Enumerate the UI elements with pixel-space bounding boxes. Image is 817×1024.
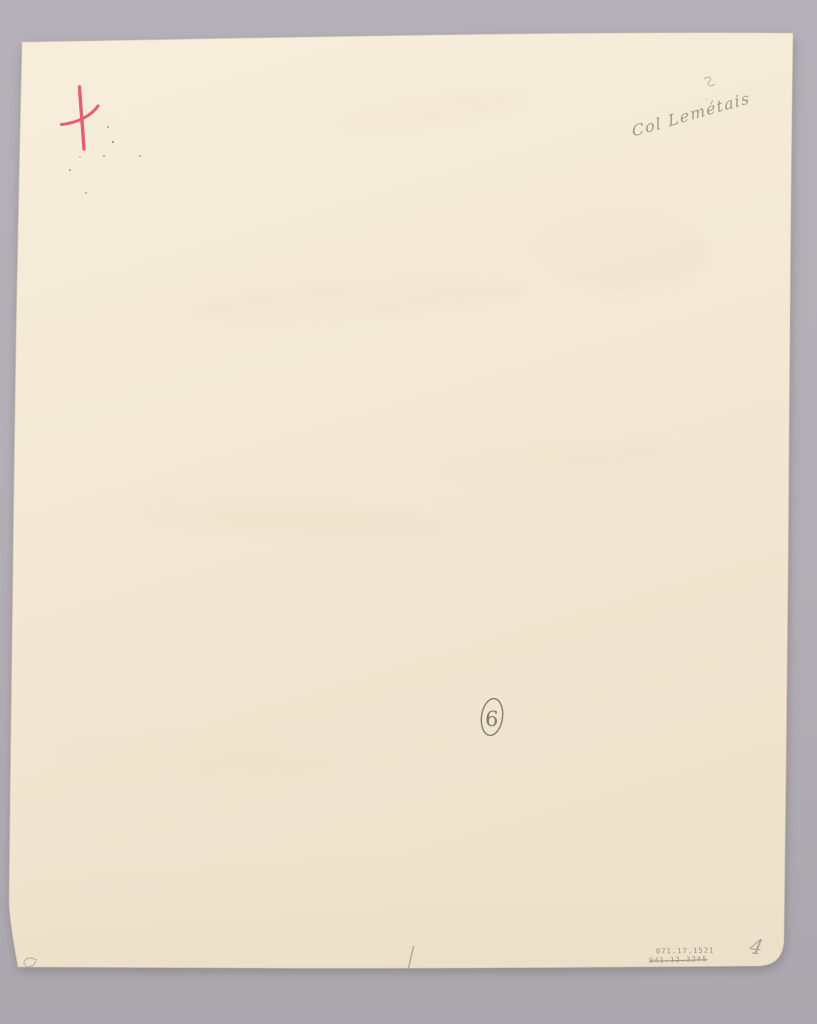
photograph-background: 6 Col Lemétais 071.17.1521 941.12.3245 4 [0, 0, 817, 1024]
paper-bottom-shading [9, 850, 789, 970]
paper-sheet-graphic: 6 [0, 0, 817, 1024]
circled-number: 6 [484, 707, 499, 732]
paper-sheet [9, 33, 793, 969]
